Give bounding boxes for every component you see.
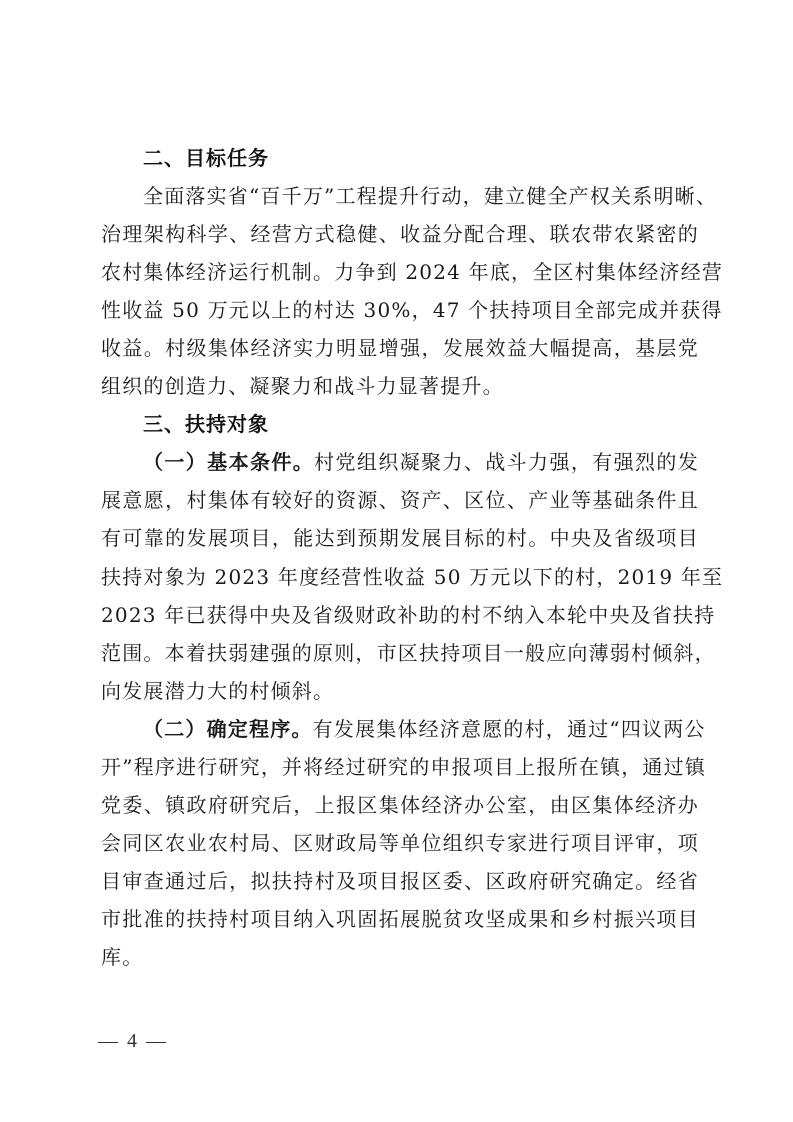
text-line: 展意愿，村集体有较好的资源、资产、区位、产业等基础条件且	[101, 481, 699, 519]
text-line: 全面落实省“百千万”工程提升行动，建立健全产权关系明晰、	[101, 177, 699, 215]
subheading-basic-conditions: （一）基本条件。	[143, 450, 314, 474]
text-fragment: 村党组织凝聚力、战斗力强，有强烈的发	[314, 450, 699, 474]
text-line: 2023 年已获得中央及省级财政补助的村不纳入本轮中央及省扶持	[101, 596, 699, 634]
text-line: 会同区农业农村局、区财政局等单位组织专家进行项目评审，项	[101, 824, 699, 862]
document-page: 二、目标任务 全面落实省“百千万”工程提升行动，建立健全产权关系明晰、 治理架构…	[101, 139, 699, 976]
text-line: 性收益 50 万元以上的村达 30%，47 个扶持项目全部完成并获得	[101, 291, 699, 329]
page-number: — 4 —	[98, 1030, 168, 1053]
text-line: 组织的创造力、凝聚力和战斗力显著提升。	[101, 367, 699, 405]
procedure-paragraph: （二）确定程序。有发展集体经济意愿的村，通过“四议两公 开”程序进行研究，并将经…	[101, 710, 699, 976]
goals-paragraph: 全面落实省“百千万”工程提升行动，建立健全产权关系明晰、 治理架构科学、经营方式…	[101, 177, 699, 405]
subheading-procedure: （二）确定程序。	[143, 717, 313, 741]
text-line: 开”程序进行研究，并将经过研究的申报项目上报所在镇，通过镇	[101, 748, 699, 786]
basic-conditions-paragraph: （一）基本条件。村党组织凝聚力、战斗力强，有强烈的发 展意愿，村集体有较好的资源…	[101, 443, 699, 709]
text-line: 农村集体经济运行机制。力争到 2024 年底，全区村集体经济经营	[101, 253, 699, 291]
text-line: 党委、镇政府研究后，上报区集体经济办公室，由区集体经济办	[101, 786, 699, 824]
text-line: （一）基本条件。村党组织凝聚力、战斗力强，有强烈的发	[101, 443, 699, 481]
text-line: 收益。村级集体经济实力明显增强，发展效益大幅提高，基层党	[101, 329, 699, 367]
text-line: 范围。本着扶弱建强的原则，市区扶持项目一般应向薄弱村倾斜，	[101, 634, 699, 672]
text-line: 向发展潜力大的村倾斜。	[101, 672, 699, 710]
text-line: 库。	[101, 938, 699, 976]
section-heading-goals: 二、目标任务	[101, 139, 699, 177]
text-line: 目审查通过后，拟扶持村及项目报区委、区政府研究确定。经省	[101, 862, 699, 900]
text-line: 市批准的扶持村项目纳入巩固拓展脱贫攻坚成果和乡村振兴项目	[101, 900, 699, 938]
text-fragment: 有发展集体经济意愿的村，通过“四议两公	[313, 717, 706, 741]
text-line: 扶持对象为 2023 年度经营性收益 50 万元以下的村，2019 年至	[101, 558, 699, 596]
text-line: 有可靠的发展项目，能达到预期发展目标的村。中央及省级项目	[101, 519, 699, 557]
section-heading-targets: 三、扶持对象	[101, 405, 699, 443]
text-line: （二）确定程序。有发展集体经济意愿的村，通过“四议两公	[101, 710, 699, 748]
text-line: 治理架构科学、经营方式稳健、收益分配合理、联农带农紧密的	[101, 215, 699, 253]
